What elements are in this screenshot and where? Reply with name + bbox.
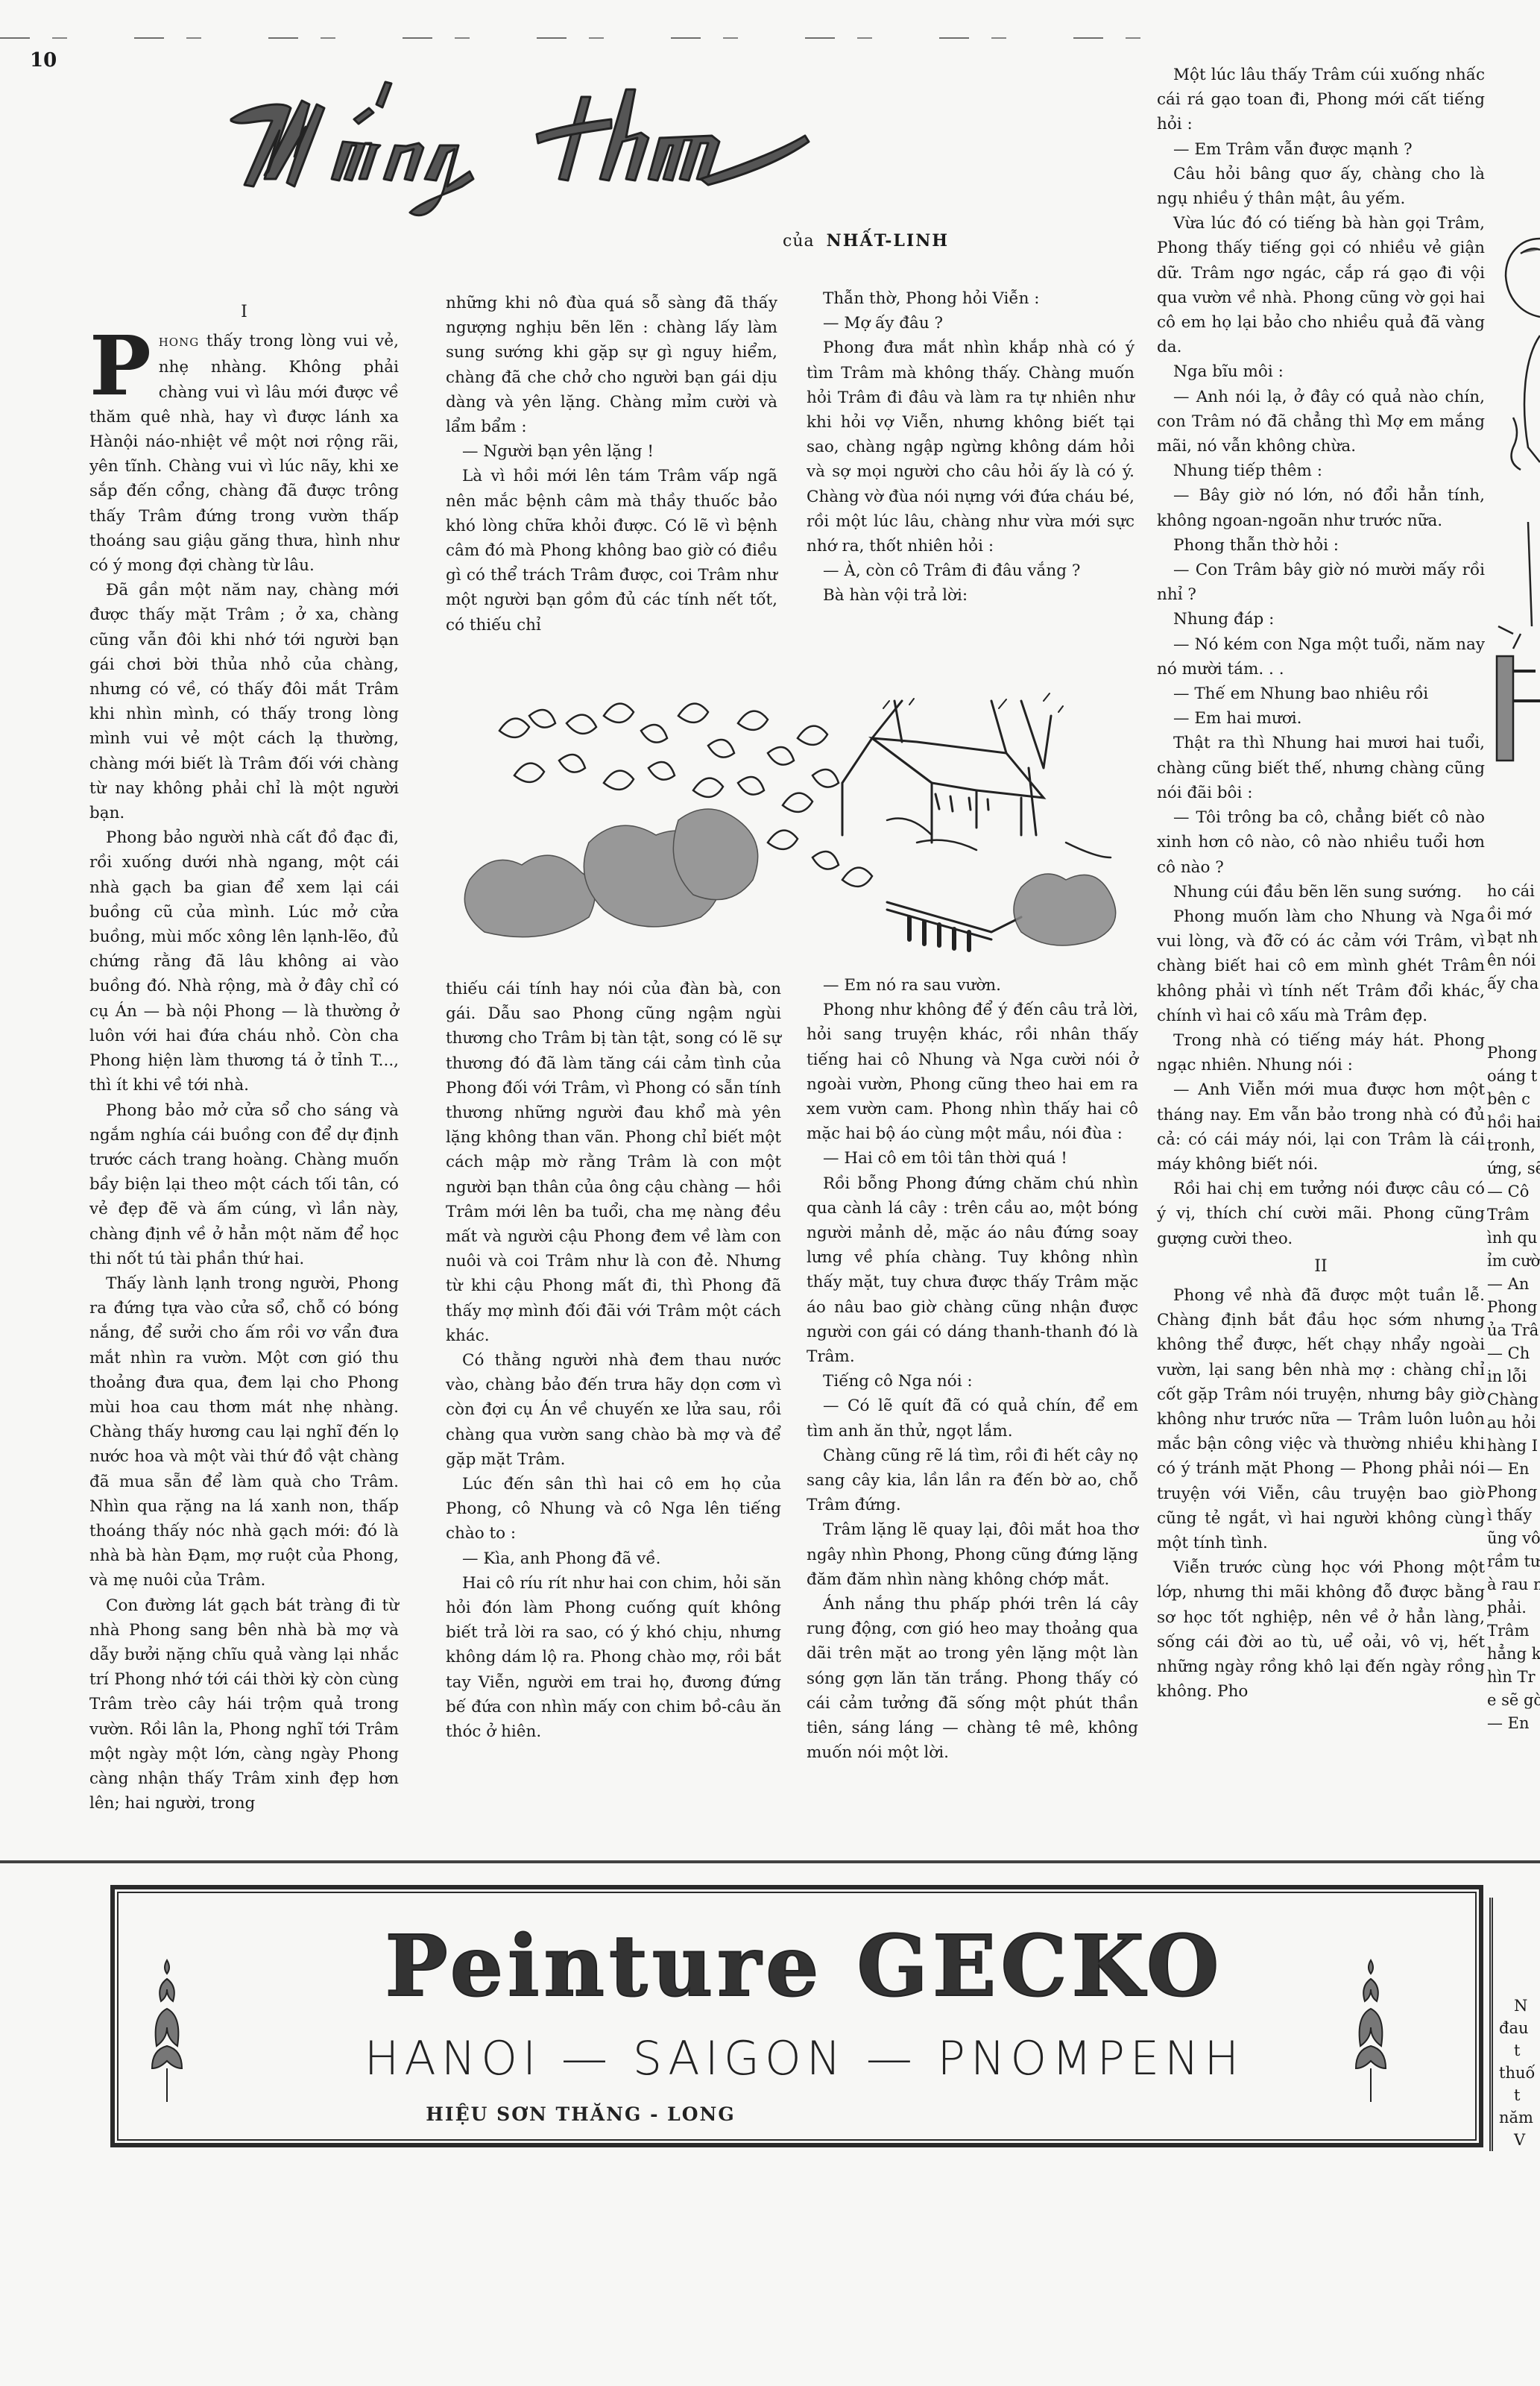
text-fragment: tronh, cha (1487, 1134, 1540, 1157)
dialogue-line: — Kìa, anh Phong đã về. (446, 1546, 781, 1571)
dialogue-line: — Bây giờ nó lớn, nó đổi hẳn tính, không… (1157, 483, 1485, 532)
text-fragment: e sẽ gờ (1487, 1689, 1540, 1712)
text-fragment: ên nói (1487, 949, 1540, 972)
text-fragment: in lỗi (1487, 1365, 1540, 1388)
paragraph: Rồi hai chị em tưởng nói được câu có ý v… (1157, 1177, 1485, 1251)
text-fragment: hìn Tr (1487, 1666, 1540, 1689)
text-fragment: bạt nh (1487, 926, 1540, 949)
text-fragment: — En (1487, 1458, 1540, 1481)
text-fragment: hẳng k (1487, 1643, 1540, 1666)
paragraph: Nga bĩu môi : (1157, 359, 1485, 384)
paragraph: Phong về nhà đã được một tuần lễ. Chàng … (1157, 1283, 1485, 1555)
ad-cities: HANOI — SAIGON — PNOMPENH (338, 2031, 1270, 2086)
paragraph: Viễn trước cùng học với Phong một lớp, n… (1157, 1555, 1485, 1704)
ad-brand-name: Peinture GECKO (338, 1918, 1270, 2015)
text-fragment: au hỏi (1487, 1411, 1540, 1435)
dialogue-line: — Thế em Nhung bao nhiêu rồi (1157, 682, 1485, 706)
article-column-1: I PHONG thấy trong lòng vui vẻ, nhẹ nhàn… (89, 297, 399, 1816)
text-fragment: Phong (1487, 1296, 1540, 1319)
dialogue-line: — Anh nói lạ, ở đây có quả nào chín, con… (1157, 385, 1485, 459)
section-divider (0, 1860, 1540, 1863)
text-fragment: Trâm (1487, 1619, 1540, 1643)
paragraph: Thấy lành lạnh trong người, Phong ra đứn… (89, 1271, 399, 1593)
text-fragment: t (1499, 2084, 1540, 2106)
paragraph: Đã gần một năm nay, chàng mới được thấy … (89, 578, 399, 825)
text-fragment: ủa Trâ (1487, 1319, 1540, 1342)
text-fragment: — Ch (1487, 1342, 1540, 1365)
text-fragment: hồi hai (1487, 1111, 1540, 1134)
dialogue-line: — Em Trâm vẫn được mạnh ? (1157, 137, 1485, 162)
paragraph: Phong bảo người nhà cất đồ đạc đi, rồi x… (89, 825, 399, 1098)
text-fragment: đau (1499, 2017, 1540, 2039)
paragraph: Câu hỏi bâng quơ ấy, chàng cho là ngụ nh… (1157, 162, 1485, 211)
fleuron-ornament-icon (145, 1957, 189, 2106)
paragraph: Một lúc lâu thấy Trâm cúi xuống nhấc cái… (1157, 63, 1485, 137)
paragraph: Là vì hồi mới lên tám Trâm vấp ngã nên m… (446, 464, 777, 637)
text-fragment: Trâm (1487, 1203, 1540, 1227)
paragraph: Vừa lúc đó có tiếng bà hàn gọi Trâm, Pho… (1157, 211, 1485, 359)
paragraph: Hai cô ríu rít như hai con chim, hỏi săn… (446, 1571, 781, 1744)
text-fragment: oáng t (1487, 1065, 1540, 1088)
article-column-4: Một lúc lâu thấy Trâm cúi xuống nhấc cái… (1157, 63, 1485, 1704)
dialogue-line: — Con Trâm bây giờ nó mười mấy rồi nhỉ ? (1157, 558, 1485, 607)
text-fragment: — Cô (1487, 1180, 1540, 1203)
text-fragment: năm (1499, 2106, 1540, 2129)
text-fragment: ấy cha (1487, 972, 1540, 995)
paragraph: Ánh nắng thu phấp phới trên lá cây rung … (807, 1592, 1138, 1765)
text-fragment: Chàng (1487, 1388, 1540, 1411)
paragraph: Con đường lát gạch bát tràng đi từ nhà P… (89, 1593, 399, 1816)
text-fragment: rầm tư (1487, 1550, 1540, 1573)
paragraph: Nhung đáp : (1157, 607, 1485, 632)
story-title (224, 75, 932, 224)
page-top-rule (0, 37, 1163, 39)
text-fragment: — An (1487, 1273, 1540, 1296)
paragraph: thiếu cái tính hay nói của đàn bà, con g… (446, 977, 781, 1348)
text-fragment: phải. (1487, 1596, 1540, 1619)
paragraph: Nhung cúi đầu bẽn lẽn sung sướng. (1157, 880, 1485, 904)
paragraph: Tiếng cô Nga nói : (807, 1369, 1138, 1394)
paragraph: Chàng cũng rẽ lá tìm, rồi đi hết cây nọ … (807, 1444, 1138, 1518)
dialogue-line: — Nó kém con Nga một tuổi, năm nay nó mư… (1157, 632, 1485, 682)
article-column-3-bottom: — Em nó ra sau vườn. Phong như không để … (807, 973, 1138, 1766)
paragraph: Phong thẫn thờ hỏi : (1157, 533, 1485, 558)
paragraph: Nhung tiếp thêm : (1157, 459, 1485, 483)
text-fragment: ì thấy (1487, 1504, 1540, 1527)
paragraph: những khi nô đùa quá sỗ sàng đã thấy ngư… (446, 291, 777, 439)
paragraph: Trâm lặng lẽ quay lại, đôi mắt hoa thơ n… (807, 1517, 1138, 1592)
text-fragment: Phong (1487, 1042, 1540, 1065)
dialogue-line: — Hai cô em tôi tân thời quá ! (807, 1146, 1138, 1171)
paragraph: Thẫn thờ, Phong hỏi Viễn : (807, 286, 1135, 311)
paragraph: Bà hàn vội trả lời: (807, 583, 1135, 608)
text-fragment: ứng, sẽ (1487, 1157, 1540, 1180)
paragraph: Phong bảo mở cửa sổ cho sáng và ngắm ngh… (89, 1098, 399, 1271)
text-fragment: ho cái (1487, 880, 1540, 903)
text-fragment: thuố (1499, 2062, 1540, 2084)
article-column-3-top: Thẫn thờ, Phong hỏi Viễn : — Mợ ấy đâu ?… (807, 286, 1135, 608)
article-column-2-top: những khi nô đùa quá sỗ sàng đã thấy ngư… (446, 291, 777, 638)
paragraph: Lúc đến sân thì hai cô em họ của Phong, … (446, 1472, 781, 1546)
page-number: 10 (30, 49, 57, 72)
author-name: NHẤT-LINH (827, 231, 949, 251)
section-heading-2: II (1157, 1254, 1485, 1279)
text-fragment: — En (1487, 1712, 1540, 1735)
paragraph: Thật ra thì Nhung hai mươi hai tuổi, chà… (1157, 731, 1485, 805)
fleuron-ornament-icon (1348, 1957, 1393, 2106)
ad-shop-name: HIỆU SƠN THĂNG - LONG (338, 2103, 823, 2125)
adjacent-advertisement-fragment: N đau t thuố t năm V Có b (1489, 1898, 1540, 2151)
dialogue-line: — Tôi trông ba cô, chẳng biết cô nào xin… (1157, 805, 1485, 880)
article-column-2-bottom: thiếu cái tính hay nói của đàn bà, con g… (446, 977, 781, 1744)
dialogue-line: — Mợ ấy đâu ? (807, 311, 1135, 336)
dialogue-line: — Anh Viễn mới mua được hơn một tháng na… (1157, 1077, 1485, 1177)
text-fragment: bên c (1487, 1088, 1540, 1111)
garden-house-illustration (455, 671, 1155, 962)
dialogue-line: — Có lẽ quít đã có quả chín, để em tìm a… (807, 1394, 1138, 1443)
text-fragment: ình qu (1487, 1227, 1540, 1250)
text-fragment: ồi mớ (1487, 903, 1540, 926)
dialogue-line: — À, còn cô Trâm đi đâu vắng ? (807, 558, 1135, 583)
paragraph: Phong như không để ý đến câu trả lời, hỏ… (807, 998, 1138, 1146)
text-fragment: V (1499, 2129, 1540, 2151)
paragraph: Có thằng người nhà đem thau nước vào, ch… (446, 1348, 781, 1472)
dialogue-line: — Em nó ra sau vườn. (807, 973, 1138, 998)
paragraph: PHONG thấy trong lòng vui vẻ, nhẹ nhàng.… (89, 329, 399, 578)
text-fragment: t (1499, 2039, 1540, 2062)
paragraph: Rồi bỗng Phong đứng chăm chú nhìn qua cà… (807, 1171, 1138, 1370)
paragraph: Phong muốn làm cho Nhung và Nga vui lòng… (1157, 904, 1485, 1028)
gecko-paint-advertisement: Peinture GECKO HANOI — SAIGON — PNOMPENH… (110, 1885, 1483, 2147)
paragraph: Phong đưa mắt nhìn khắp nhà có ý tìm Trâ… (807, 336, 1135, 558)
byline-prefix: của (783, 232, 815, 251)
text-fragment: ũng vô (1487, 1527, 1540, 1550)
article-column-5-fragment: ho cái ồi mớ bạt nh ên nói ấy cha Phong … (1487, 880, 1540, 1735)
text-fragment: Phong (1487, 1481, 1540, 1504)
byline: của NHẤT-LINH (783, 231, 949, 251)
text-fragment: ỉm cườ (1487, 1250, 1540, 1273)
text-fragment: hàng I (1487, 1435, 1540, 1458)
dialogue-line: — Em hai mươi. (1157, 706, 1485, 731)
figure-sketch-illustration (1491, 209, 1540, 880)
first-word-smallcaps: HONG (159, 336, 200, 349)
dialogue-line: — Người bạn yên lặng ! (446, 439, 777, 464)
text-fragment: N (1499, 1995, 1540, 2017)
drop-cap: P (89, 333, 151, 399)
text-fragment: à rau n (1487, 1573, 1540, 1596)
paragraph: Trong nhà có tiếng máy hát. Phong ngạc n… (1157, 1028, 1485, 1077)
